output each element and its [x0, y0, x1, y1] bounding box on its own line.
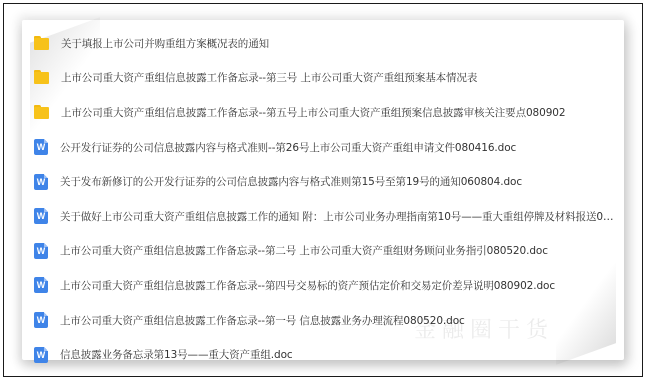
file-list-panel: 关于填报上市公司并购重组方案概况表的通知 上市公司重大资产重组信息披露工作备忘录…: [22, 20, 624, 360]
file-list-item-doc[interactable]: W 上市公司重大资产重组信息披露工作备忘录--第四号交易标的资产预估定价和交易定…: [34, 268, 614, 303]
file-list-item-folder[interactable]: 上市公司重大资产重组信息披露工作备忘录--第三号 上市公司重大资产重组预案基本情…: [34, 61, 614, 96]
file-name: 关于发布新修订的公开发行证券的公司信息披露内容与格式准则第15号至第19号的通知…: [60, 174, 522, 189]
word-doc-icon: W: [34, 139, 48, 155]
file-name: 上市公司重大资产重组信息披露工作备忘录--第二号 上市公司重大资产重组财务顾问业…: [60, 243, 548, 258]
word-doc-icon: W: [34, 243, 48, 259]
file-name: 信息披露业务备忘录第13号——重大资产重组.doc: [60, 347, 293, 362]
file-name: 上市公司重大资产重组信息披露工作备忘录--第五号上市公司重大资产重组预案信息披露…: [61, 105, 565, 120]
file-list-item-doc[interactable]: W 关于做好上市公司重大资产重组信息披露工作的通知 附：上市公司业务办理指南第1…: [34, 199, 614, 234]
word-doc-icon: W: [34, 277, 48, 293]
watermark: 金融圈干货: [414, 313, 554, 344]
file-list-item-folder[interactable]: 上市公司重大资产重组信息披露工作备忘录--第五号上市公司重大资产重组预案信息披露…: [34, 95, 614, 130]
folder-icon: [34, 36, 49, 51]
file-name: 公开发行证券的公司信息披露内容与格式准则--第26号上市公司重大资产重组申请文件…: [60, 140, 516, 155]
word-doc-icon: W: [34, 347, 48, 363]
file-name: 关于做好上市公司重大资产重组信息披露工作的通知 附：上市公司业务办理指南第10号…: [60, 209, 614, 224]
word-doc-icon: W: [34, 312, 48, 328]
word-doc-icon: W: [34, 208, 48, 224]
screenshot-frame: 关于填报上市公司并购重组方案概况表的通知 上市公司重大资产重组信息披露工作备忘录…: [3, 3, 643, 377]
file-name: 上市公司重大资产重组信息披露工作备忘录--第三号 上市公司重大资产重组预案基本情…: [61, 70, 477, 85]
folder-icon: [34, 105, 49, 120]
folder-icon: [34, 70, 49, 85]
word-doc-icon: W: [34, 174, 48, 190]
file-name: 关于填报上市公司并购重组方案概况表的通知: [61, 36, 269, 51]
file-list-item-folder[interactable]: 关于填报上市公司并购重组方案概况表的通知: [34, 26, 614, 61]
file-list-item-doc[interactable]: W 关于发布新修订的公开发行证券的公司信息披露内容与格式准则第15号至第19号的…: [34, 164, 614, 199]
file-name: 上市公司重大资产重组信息披露工作备忘录--第一号 信息披露业务办理流程08052…: [60, 313, 465, 328]
file-list-item-doc[interactable]: W 公开发行证券的公司信息披露内容与格式准则--第26号上市公司重大资产重组申请…: [34, 130, 614, 165]
file-list-item-doc[interactable]: W 上市公司重大资产重组信息披露工作备忘录--第二号 上市公司重大资产重组财务顾…: [34, 234, 614, 269]
file-name: 上市公司重大资产重组信息披露工作备忘录--第四号交易标的资产预估定价和交易定价差…: [60, 278, 555, 293]
